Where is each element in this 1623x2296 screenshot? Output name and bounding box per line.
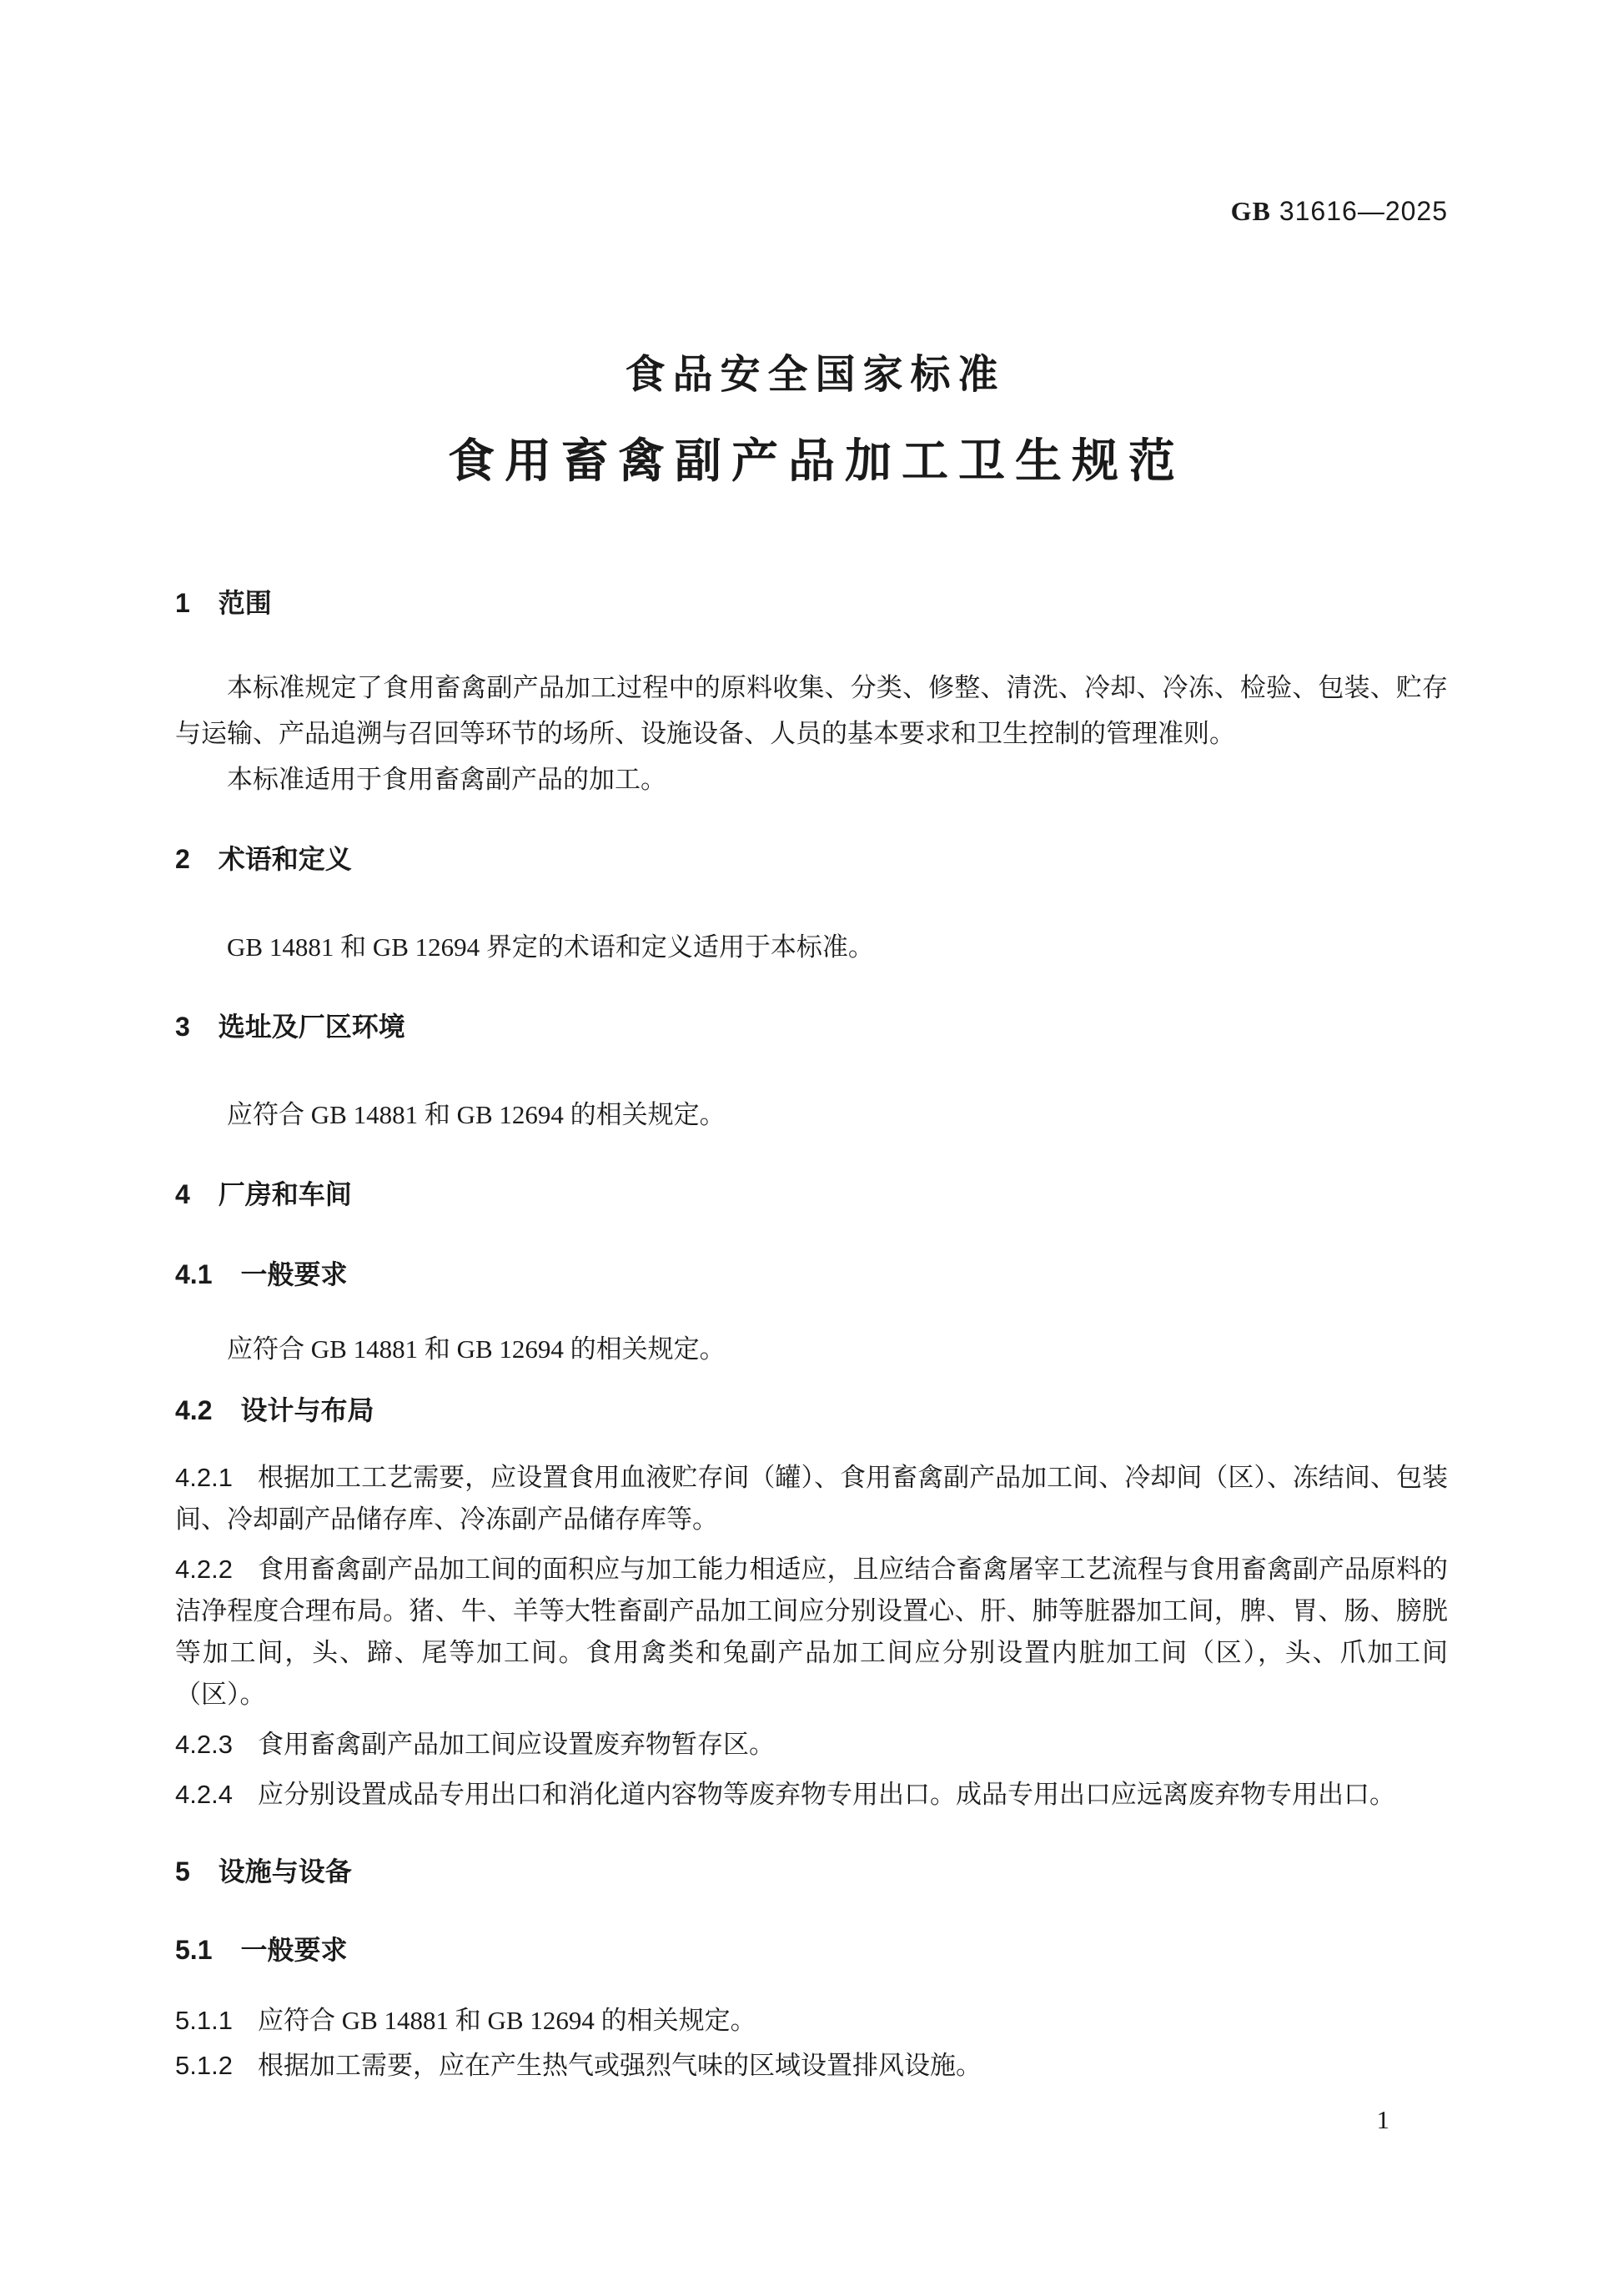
clause-4-2-3: 4.2.3食用畜禽副产品加工间应设置废弃物暂存区。 <box>175 1724 1448 1766</box>
section-4-heading: 4厂房和车间 <box>175 1176 1448 1213</box>
section-4-title: 厂房和车间 <box>219 1179 352 1209</box>
section-4-2-title: 设计与布局 <box>240 1395 374 1425</box>
section-5-title: 设施与设备 <box>219 1856 352 1887</box>
section-1-paragraph-2: 本标准适用于食用畜禽副产品的加工。 <box>175 756 1448 802</box>
clause-4-2-2: 4.2.2食用畜禽副产品加工间的面积应与加工能力相适应，且应结合畜禽屠宰工艺流程… <box>175 1549 1448 1716</box>
section-2-number: 2 <box>175 844 190 874</box>
doc-code: GB31616—2025 <box>175 196 1448 226</box>
clause-4-2-4-text: 应分别设置成品专用出口和消化道内容物等废弃物专用出口。成品专用出口应远离废弃物专… <box>258 1780 1395 1809</box>
clause-4-2-3-number: 4.2.3 <box>175 1730 233 1759</box>
section-1-title: 范围 <box>219 588 272 618</box>
clause-4-2-3-text: 食用畜禽副产品加工间应设置废弃物暂存区。 <box>258 1730 775 1759</box>
section-5-1-heading: 5.1一般要求 <box>175 1932 1448 1968</box>
section-4-1-heading: 4.1一般要求 <box>175 1256 1448 1293</box>
section-3-heading: 3选址及厂区环境 <box>175 1008 1448 1045</box>
clause-5-1-2-number: 5.1.2 <box>175 2051 233 2080</box>
section-2-heading: 2术语和定义 <box>175 841 1448 877</box>
clause-5-1-2: 5.1.2根据加工需要，应在产生热气或强烈气味的区域设置排风设施。 <box>175 2045 1448 2087</box>
page-number: 1 <box>1377 2103 1390 2137</box>
section-1-paragraph-1: 本标准规定了食用畜禽副产品加工过程中的原料收集、分类、修整、清洗、冷却、冷冻、检… <box>175 665 1448 756</box>
doc-title-line2: 食用畜禽副产品加工卫生规范 <box>175 431 1448 491</box>
section-4-number: 4 <box>175 1179 190 1209</box>
section-4-1-paragraph-1: 应符合 GB 14881 和 GB 12694 的相关规定。 <box>175 1326 1448 1372</box>
section-4-1-title: 一般要求 <box>240 1259 347 1289</box>
section-3-paragraph-1: 应符合 GB 14881 和 GB 12694 的相关规定。 <box>175 1092 1448 1138</box>
section-5-heading: 5设施与设备 <box>175 1853 1448 1890</box>
section-1-number: 1 <box>175 588 190 618</box>
doc-code-prefix: GB <box>1231 196 1271 226</box>
clause-5-1-2-text: 根据加工需要，应在产生热气或强烈气味的区域设置排风设施。 <box>258 2051 982 2080</box>
clause-5-1-1-number: 5.1.1 <box>175 2006 233 2035</box>
doc-code-number: 31616—2025 <box>1279 196 1448 226</box>
clause-4-2-1-number: 4.2.1 <box>175 1463 233 1492</box>
clause-4-2-2-text: 食用畜禽副产品加工间的面积应与加工能力相适应，且应结合畜禽屠宰工艺流程与食用畜禽… <box>175 1555 1448 1709</box>
document-page: GB31616—2025 食品安全国家标准 食用畜禽副产品加工卫生规范 1范围 … <box>0 0 1623 2296</box>
section-3-number: 3 <box>175 1012 190 1042</box>
clause-4-2-1: 4.2.1根据加工工艺需要，应设置食用血液贮存间（罐）、食用畜禽副产品加工间、冷… <box>175 1457 1448 1540</box>
clause-4-2-2-number: 4.2.2 <box>175 1555 233 1584</box>
section-4-2-number: 4.2 <box>175 1395 212 1425</box>
clause-4-2-4-number: 4.2.4 <box>175 1780 233 1809</box>
section-4-2-heading: 4.2设计与布局 <box>175 1392 1448 1429</box>
section-4-1-number: 4.1 <box>175 1259 212 1289</box>
doc-title-line1: 食品安全国家标准 <box>175 349 1448 401</box>
clause-5-1-1-text: 应符合 GB 14881 和 GB 12694 的相关规定。 <box>258 2006 756 2035</box>
section-5-1-title: 一般要求 <box>240 1935 347 1965</box>
clause-4-2-1-text: 根据加工工艺需要，应设置食用血液贮存间（罐）、食用畜禽副产品加工间、冷却间（区）… <box>175 1463 1448 1534</box>
clause-5-1-1: 5.1.1应符合 GB 14881 和 GB 12694 的相关规定。 <box>175 2000 1448 2042</box>
section-2-paragraph-1: GB 14881 和 GB 12694 界定的术语和定义适用于本标准。 <box>175 924 1448 970</box>
section-3-title: 选址及厂区环境 <box>219 1012 405 1042</box>
section-2-title: 术语和定义 <box>219 844 352 874</box>
section-1-heading: 1范围 <box>175 585 1448 621</box>
section-5-number: 5 <box>175 1856 190 1887</box>
clause-4-2-4: 4.2.4应分别设置成品专用出口和消化道内容物等废弃物专用出口。成品专用出口应远… <box>175 1774 1448 1816</box>
section-5-1-number: 5.1 <box>175 1935 212 1965</box>
